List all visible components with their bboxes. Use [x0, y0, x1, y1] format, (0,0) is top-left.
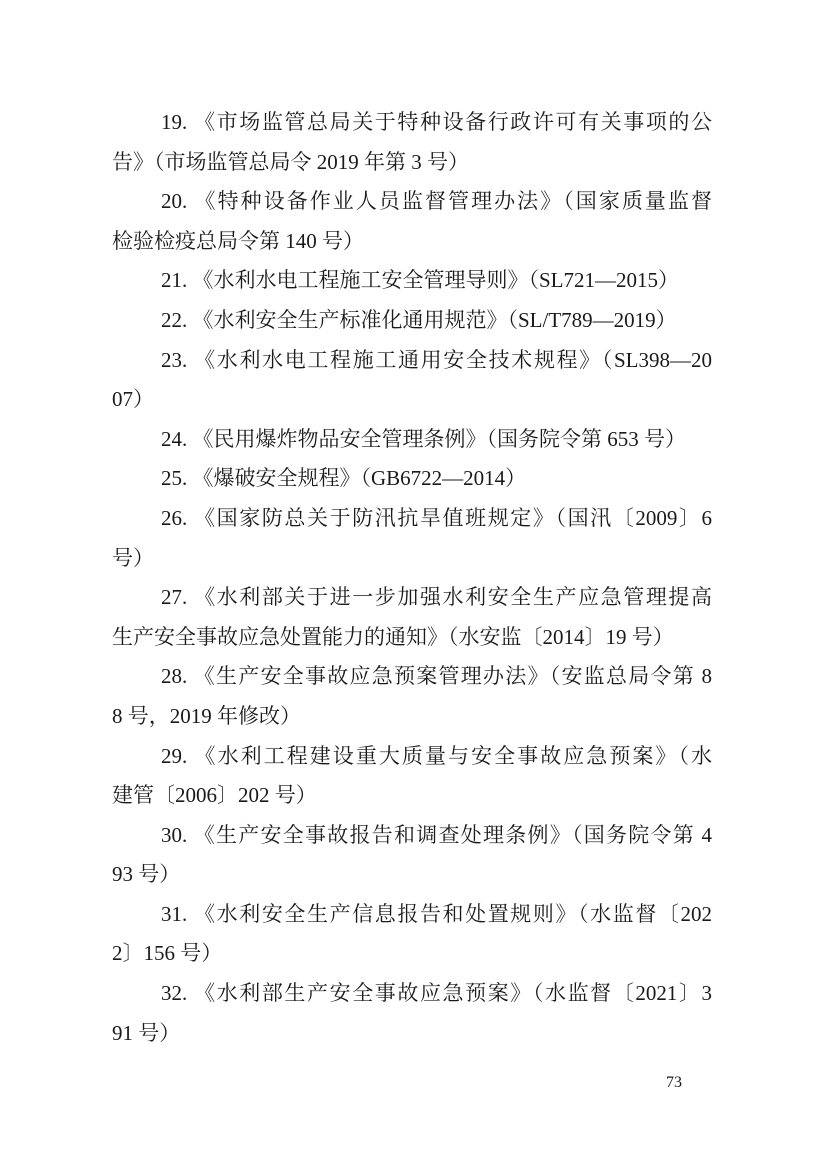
- doc-line: 21. 《水利水电工程施工安全管理导则》（SL721—2015）: [112, 261, 712, 301]
- doc-line: 07）: [112, 380, 712, 420]
- doc-line: 生产安全事故应急处置能力的通知》（水安监〔2014〕19 号）: [112, 618, 712, 658]
- doc-line: 8 号，2019 年修改）: [112, 697, 712, 737]
- doc-line: 19. 《市场监管总局关于特种设备行政许可有关事项的公: [112, 103, 712, 143]
- doc-line: 26. 《国家防总关于防汛抗旱值班规定》（国汛〔2009〕6: [112, 499, 712, 539]
- doc-line: 22. 《水利安全生产标准化通用规范》（SL/T789—2019）: [112, 301, 712, 341]
- document-page: 19. 《市场监管总局关于特种设备行政许可有关事项的公 告》（市场监管总局令 2…: [0, 0, 826, 1169]
- doc-line: 32. 《水利部生产安全事故应急预案》（水监督〔2021〕3: [112, 974, 712, 1014]
- doc-line: 23. 《水利水电工程施工通用安全技术规程》（SL398—20: [112, 341, 712, 381]
- doc-line: 31. 《水利安全生产信息报告和处置规则》（水监督〔202: [112, 895, 712, 935]
- page-number: 73: [666, 1072, 706, 1094]
- doc-line: 24. 《民用爆炸物品安全管理条例》（国务院令第 653 号）: [112, 420, 712, 460]
- doc-line: 建管〔2006〕202 号）: [112, 776, 712, 816]
- doc-line: 27. 《水利部关于进一步加强水利安全生产应急管理提高: [112, 578, 712, 618]
- doc-line: 91 号）: [112, 1014, 712, 1054]
- doc-line: 2〕156 号）: [112, 934, 712, 974]
- document-body: 19. 《市场监管总局关于特种设备行政许可有关事项的公 告》（市场监管总局令 2…: [112, 103, 712, 1053]
- doc-line: 93 号）: [112, 855, 712, 895]
- doc-line: 告》（市场监管总局令 2019 年第 3 号）: [112, 143, 712, 183]
- doc-line: 25. 《爆破安全规程》（GB6722—2014）: [112, 459, 712, 499]
- doc-line: 检验检疫总局令第 140 号）: [112, 222, 712, 262]
- doc-line: 20. 《特种设备作业人员监督管理办法》（国家质量监督: [112, 182, 712, 222]
- doc-line: 30. 《生产安全事故报告和调查处理条例》（国务院令第 4: [112, 816, 712, 856]
- doc-line: 29. 《水利工程建设重大质量与安全事故应急预案》（水: [112, 737, 712, 777]
- doc-line: 号）: [112, 539, 712, 579]
- doc-line: 28. 《生产安全事故应急预案管理办法》（安监总局令第 8: [112, 657, 712, 697]
